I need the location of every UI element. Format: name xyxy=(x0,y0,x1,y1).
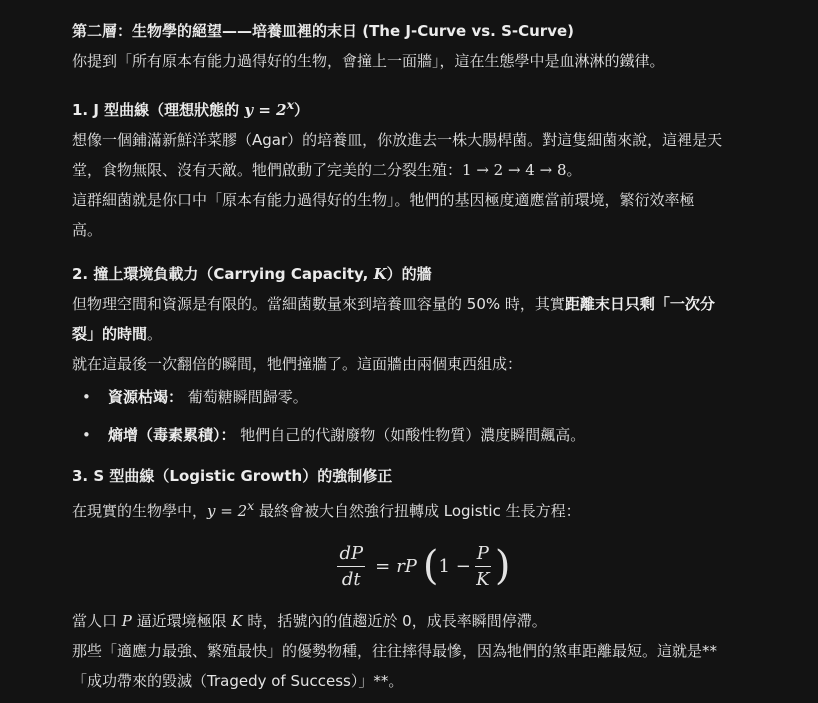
bullet-list: 資源枯竭： 葡萄糖瞬間歸零。 熵增（毒素累積）： 牠們自己的代謝廢物（如酸性物質… xyxy=(72,385,772,447)
math-symbol: K xyxy=(231,612,242,630)
heading-text: 2. 撞上環境負載力（Carrying Capacity, xyxy=(72,265,374,283)
math-exponent: x xyxy=(287,97,294,112)
bullet-label: 熵增（毒素累積）： xyxy=(108,426,236,444)
one-minus: 1 − xyxy=(439,556,471,577)
section2-line: 但物理空間和資源是有限的。當細菌數量來到培養皿容量的 50% 時，其實距離末日只… xyxy=(72,289,772,319)
section1-line: 想像一個鋪滿新鮮洋菜膠（Agar）的培養皿，你放進去一株大腸桿菌。對這隻細菌來說… xyxy=(72,125,772,155)
numerator: P xyxy=(475,543,491,567)
section3-line: 當人口 P 逼近環境極限 K 時，括號內的值趨近於 0，成長率瞬間停滯。 xyxy=(72,606,772,636)
section1-line: 高。 xyxy=(72,215,772,245)
bullet-label: 資源枯竭： xyxy=(108,388,183,406)
text: 堂，食物無限、沒有天敵。牠們啟動了完美的二分裂生殖： xyxy=(72,161,462,179)
math-symbol: P xyxy=(122,612,132,630)
heading-text: ） xyxy=(294,101,309,119)
math-sequence: 1 → 2 → 4 → 8 xyxy=(462,161,567,179)
equals-sign: = xyxy=(375,556,390,577)
numerator: dP xyxy=(337,543,365,567)
text: 。 xyxy=(147,325,162,343)
section3-line: 那些「適應力最強、繁殖最快」的優勢物種，往往摔得最慘，因為牠們的煞車距離最短。這… xyxy=(72,636,772,666)
logistic-equation: dPdt = rP ( 1 − PK ) xyxy=(72,526,772,606)
math-formula: y = 2 xyxy=(244,101,286,119)
page-title: 第二層：生物學的絕望——培養皿裡的末日 (The J-Curve vs. S-C… xyxy=(72,16,772,46)
list-item: 資源枯竭： 葡萄糖瞬間歸零。 xyxy=(72,385,772,409)
section1-line: 堂，食物無限、沒有天敵。牠們啟動了完美的二分裂生殖：1 → 2 → 4 → 8。 xyxy=(72,155,772,185)
text: 當人口 xyxy=(72,612,122,630)
text: 最終會被大自然強行扭轉成 Logistic 生長方程： xyxy=(254,502,580,520)
section2-line: 就在這最後一次翻倍的瞬間，牠們撞牆了。這面牆由兩個東西組成： xyxy=(72,349,772,379)
denominator: K xyxy=(476,567,489,590)
intro-paragraph: 你提到「所有原本有能力過得好的生物，會撞上一面牆」，這在生態學中是血淋淋的鐵律。 xyxy=(72,46,772,76)
heading-text: ）的牆 xyxy=(387,265,432,283)
section2-line: 裂」的時間。 xyxy=(72,319,772,349)
rp-term: rP xyxy=(396,556,417,577)
section3-heading: 3. S 型曲線（Logistic Growth）的強制修正 xyxy=(72,461,772,491)
right-paren: ) xyxy=(495,546,511,586)
document: 第二層：生物學的絕望——培養皿裡的末日 (The J-Curve vs. S-C… xyxy=(72,16,772,696)
math-symbol: K xyxy=(374,265,387,283)
left-paren: ( xyxy=(423,546,439,586)
text: 但物理空間和資源是有限的。當細菌數量來到培養皿容量的 50% 時，其實 xyxy=(72,295,565,313)
text: 。 xyxy=(567,161,582,179)
bullet-text: 葡萄糖瞬間歸零。 xyxy=(183,388,308,406)
section1-heading: 1. J 型曲線（理想狀態的 y = 2x） xyxy=(72,90,772,125)
bullet-text: 牠們自己的代謝廢物（如酸性物質）濃度瞬間飆高。 xyxy=(236,426,586,444)
section3-line: 「成功帶來的毀滅（Tragedy of Success）」**。 xyxy=(72,666,772,696)
bold-text: 距離末日只剩「一次分 xyxy=(565,295,715,313)
text: 逼近環境極限 xyxy=(132,612,232,630)
heading-text: 1. J 型曲線（理想狀態的 xyxy=(72,101,244,119)
list-item: 熵增（毒素累積）： 牠們自己的代謝廢物（如酸性物質）濃度瞬間飆高。 xyxy=(72,423,772,447)
rhs-fraction: PK xyxy=(475,543,491,590)
math-formula: y = 2 xyxy=(207,502,247,520)
text: 時，括號內的值趨近於 0，成長率瞬間停滯。 xyxy=(243,612,547,630)
section3-line: 在現實的生物學中，y = 2x 最終會被大自然強行扭轉成 Logistic 生長… xyxy=(72,491,772,526)
denominator: dt xyxy=(342,567,361,590)
text: 在現實的生物學中， xyxy=(72,502,207,520)
lhs-fraction: dPdt xyxy=(337,543,365,590)
section2-heading: 2. 撞上環境負載力（Carrying Capacity, K）的牆 xyxy=(72,259,772,289)
bold-text: 裂」的時間 xyxy=(72,325,147,343)
section1-line: 這群細菌就是你口中「原本有能力過得好的生物」。牠們的基因極度適應當前環境，繁衍效… xyxy=(72,185,772,215)
